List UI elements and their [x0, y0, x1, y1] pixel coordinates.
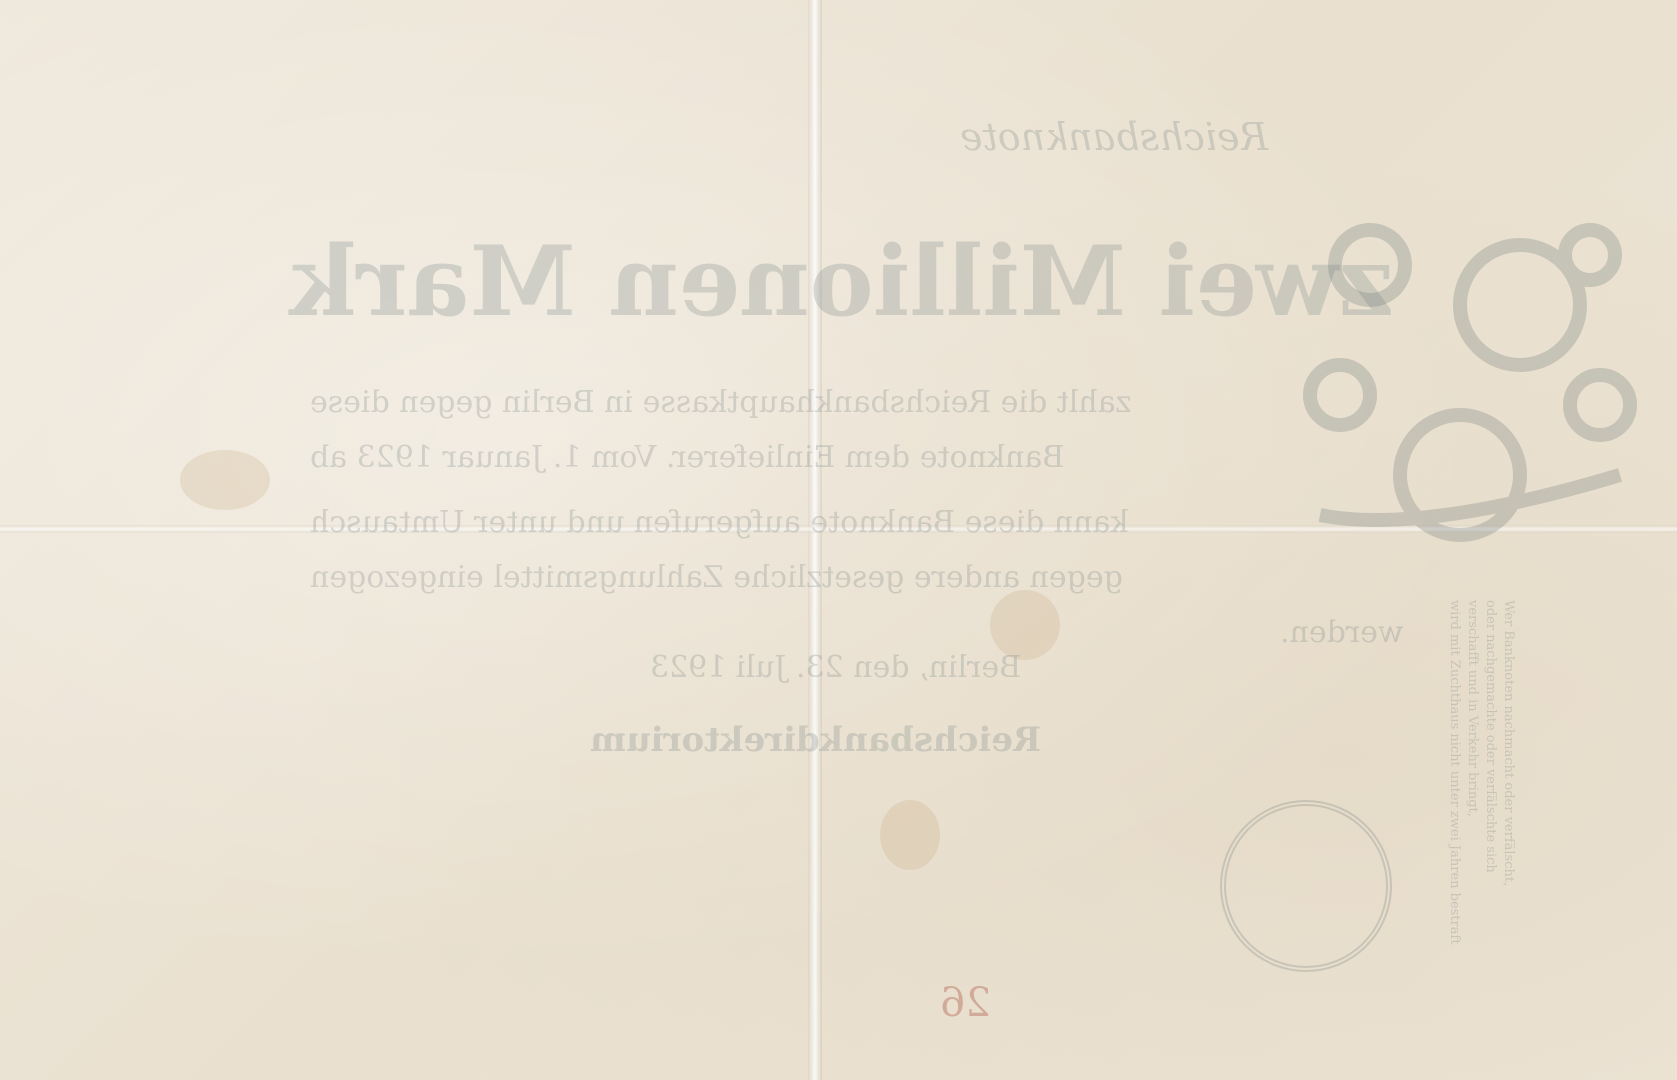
seal-eagle-icon [1220, 800, 1392, 972]
title-showthrough: zwei Millionen Mark [290, 225, 1394, 338]
body-line: Banknote dem Einlieferer. Vom 1. Januar … [310, 440, 1064, 475]
body-line: kann diese Banknote aufgerufen und unter… [310, 505, 1129, 540]
authority-showthrough: Reichsbankdirektorium [590, 720, 1041, 760]
ornament-letter-z-icon [1300, 215, 1640, 555]
body-line: gegen andere gesetzliche Zahlungsmittel … [310, 560, 1123, 595]
body-line: Berlin, den 23. Juli 1923 [650, 650, 1021, 685]
serial-number-showthrough: 26 [940, 980, 991, 1026]
banknote-reverse: Reichsbanknote zwei Millionen Mark zahlt… [0, 0, 1677, 1080]
header-showthrough: Reichsbanknote [960, 115, 1268, 159]
vertical-fold [808, 0, 822, 1080]
body-line: werden. [1280, 615, 1404, 650]
warning-text-showthrough: Wer Banknoten nachmacht oder verfälscht,… [1445, 600, 1517, 945]
body-line: zahlt die Reichsbankhauptkasse in Berlin… [310, 385, 1131, 420]
stain [180, 450, 270, 510]
stain [880, 800, 940, 870]
